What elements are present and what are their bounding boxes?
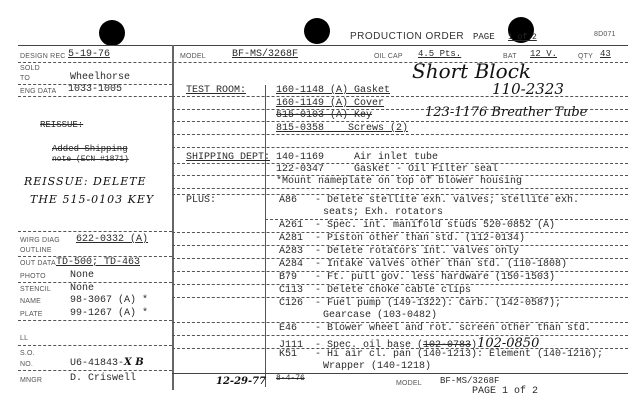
option-code: A284 bbox=[279, 259, 315, 270]
wiring-diag-value: 622-0332 (A) bbox=[76, 234, 148, 245]
footer-model-label: MODEL bbox=[396, 380, 422, 387]
part-number: 140-1169 bbox=[276, 152, 324, 163]
test-room-item: 160-1148 (A) Gasket bbox=[276, 85, 390, 96]
layout-data-label: OUT DATA bbox=[20, 260, 56, 267]
plus-item: A261- Spec. int. manifold studs 520-0852… bbox=[279, 220, 555, 231]
punch-hole bbox=[304, 18, 330, 44]
divider bbox=[18, 231, 172, 232]
photo-label: PHOTO bbox=[20, 273, 46, 280]
plus-item-continued: Gearcase (103-0482) bbox=[323, 310, 437, 321]
sold-to-label: SOLD bbox=[20, 65, 40, 72]
footer-model-value: BF-MS/3268F bbox=[440, 376, 499, 386]
option-desc: - Spec. int. manifold studs 520-0852 (A) bbox=[315, 220, 555, 231]
option-code: C113 bbox=[279, 285, 315, 296]
model-value: BF-MS/3268F bbox=[232, 49, 298, 60]
option-desc: - Piston other than std. (112-0134) bbox=[315, 233, 525, 244]
footer-page: PAGE 1 of 2 bbox=[472, 386, 538, 397]
test-room-item: 160-1149 (A) Cover bbox=[276, 98, 384, 109]
option-code: A261 bbox=[279, 220, 315, 231]
option-desc: - Delete rotators int. valves only bbox=[315, 246, 519, 257]
design-rec-label: DESIGN REC bbox=[20, 53, 66, 60]
option-desc: - Fuel pump (149-1322): Carb. (142-0587)… bbox=[315, 298, 561, 309]
option-desc: - Ft. pull gov. less hardware (150-1503) bbox=[315, 272, 555, 283]
part-desc: Screws (2) bbox=[348, 123, 408, 134]
so-label: S.O. bbox=[20, 350, 35, 357]
divider bbox=[172, 96, 628, 97]
mngr-label: MNGR bbox=[20, 377, 42, 384]
part-number: 160-1148 bbox=[276, 85, 324, 96]
doc-code: 8D071 bbox=[594, 31, 616, 38]
handwritten-note: THE 515-0103 KEY bbox=[30, 193, 154, 206]
divider bbox=[18, 282, 172, 283]
document-title: PRODUCTION ORDER bbox=[350, 31, 464, 42]
option-desc: - Blower wheel and rot. screen other tha… bbox=[315, 323, 591, 334]
test-room-item: 815-0358 Screws (2) bbox=[276, 123, 408, 134]
oil-cap-value: 4.5 Pts. bbox=[418, 49, 461, 59]
mngr-value: D. Criswell bbox=[70, 373, 136, 384]
sold-to-label: TO bbox=[20, 75, 30, 82]
plus-label: PLUS: bbox=[186, 195, 216, 206]
test-room-item-deleted: 515-0103 (A) Key bbox=[276, 110, 372, 121]
wiring-diag-label: WIRG DIAG bbox=[20, 237, 60, 244]
option-code: A281 bbox=[279, 233, 315, 244]
design-rec-value: 5-19-76 bbox=[68, 49, 110, 60]
struck-note: Added Shipping bbox=[52, 144, 128, 154]
part-number: 515-0103 bbox=[276, 110, 324, 121]
shipping-note: *Mount nameplate on top of blower housin… bbox=[276, 176, 522, 187]
divider bbox=[18, 96, 172, 97]
part-desc: (A) Key bbox=[330, 110, 372, 121]
plus-item: A284- Intake valves other than std. (110… bbox=[279, 259, 567, 270]
punch-hole bbox=[99, 20, 125, 46]
shipping-dept-label: SHIPPING DEPT: bbox=[186, 152, 270, 163]
handwritten-note: REISSUE: DELETE bbox=[24, 175, 147, 188]
divider bbox=[18, 345, 172, 346]
eng-data-value: 1033-1005 bbox=[68, 84, 122, 95]
bat-value: 12 V. bbox=[530, 49, 557, 59]
part-number: 815-0358 bbox=[276, 123, 324, 134]
qty-value: 43 bbox=[600, 49, 611, 59]
divider bbox=[172, 373, 628, 374]
plate-value: 99-1267 (A) * bbox=[70, 308, 148, 319]
layout-data-value: TD-500; TD-463 bbox=[56, 257, 140, 268]
page-value: 1 of 2 bbox=[508, 33, 537, 42]
plus-item: A283- Delete rotators int. valves only bbox=[279, 246, 519, 257]
option-code: E46 bbox=[279, 323, 315, 334]
shipping-item: 140-1169 Air inlet tube bbox=[276, 152, 438, 163]
model-label: MODEL bbox=[180, 53, 206, 60]
handwritten-date: 12-29-77 bbox=[216, 376, 266, 387]
divider bbox=[18, 370, 172, 371]
stencil-label: STENCIL bbox=[20, 286, 51, 293]
part-desc: (A) Gasket bbox=[330, 85, 390, 96]
plus-item: K51- Hi air cl. pan (140-1213): Element … bbox=[279, 349, 603, 360]
part-desc: Air inlet tube bbox=[354, 152, 438, 163]
plus-item: B79- Ft. pull gov. less hardware (150-15… bbox=[279, 272, 555, 283]
page-label: PAGE bbox=[473, 32, 495, 42]
option-code: A283 bbox=[279, 246, 315, 257]
plus-item-continued: seats; Exh. rotators bbox=[323, 207, 443, 218]
plus-item: A281- Piston other than std. (112-0134) bbox=[279, 233, 525, 244]
divider bbox=[172, 134, 628, 135]
divider bbox=[172, 188, 628, 189]
struck-date: 8-4-76 bbox=[276, 374, 305, 383]
part-number: 160-1149 bbox=[276, 98, 324, 109]
name-plate-value: 98-3067 (A) * bbox=[70, 295, 148, 306]
plus-item: A86- Delete stellite exh. valves; stelli… bbox=[279, 195, 579, 206]
ll-label: LL bbox=[20, 335, 28, 342]
option-desc: - Delete stellite exh. valves; stellite … bbox=[315, 195, 579, 206]
option-desc: - Hi air cl. pan (140-1213): Element (14… bbox=[315, 349, 603, 360]
reissue-label: REISSUE: bbox=[40, 120, 83, 130]
divider bbox=[172, 147, 628, 148]
part-desc: (A) Cover bbox=[330, 98, 384, 109]
qty-label: QTY bbox=[578, 53, 593, 60]
stencil-value: None bbox=[70, 283, 94, 294]
column-divider bbox=[265, 85, 266, 387]
oil-cap-label: OIL CAP bbox=[374, 53, 403, 60]
plate-label: PLATE bbox=[20, 311, 43, 318]
plus-item: C126- Fuel pump (149-1322): Carb. (142-0… bbox=[279, 298, 561, 309]
option-code: K51 bbox=[279, 349, 315, 360]
plus-item: C113- Delete choke cable clips bbox=[279, 285, 471, 296]
plus-item-continued: Wrapper (140-1218) bbox=[323, 361, 431, 372]
name-plate-label: NAME bbox=[20, 298, 41, 305]
divider bbox=[18, 320, 172, 321]
option-code: C126 bbox=[279, 298, 315, 309]
divider bbox=[172, 121, 628, 122]
divider bbox=[18, 62, 628, 63]
order-number-revision: X B bbox=[124, 357, 144, 368]
part-number: 122-0347 bbox=[276, 164, 324, 175]
handwritten-addition: 123-1176 Breather Tube bbox=[425, 105, 587, 120]
option-desc: - Intake valves other than std. (110-180… bbox=[315, 259, 567, 270]
divider bbox=[18, 45, 628, 46]
sold-to-value: Wheelhorse bbox=[70, 72, 130, 83]
no-label: NO. bbox=[20, 361, 33, 368]
struck-note: note (ECN #1871) bbox=[52, 155, 129, 164]
option-code: A86 bbox=[279, 195, 315, 206]
shipping-item: 122-0347 Gasket - Oil Filter seal bbox=[276, 164, 498, 175]
test-room-label: TEST ROOM: bbox=[186, 85, 246, 96]
plus-item: E46- Blower wheel and rot. screen other … bbox=[279, 323, 591, 334]
photo-value: None bbox=[70, 270, 94, 281]
outline-label: OUTLINE bbox=[20, 247, 52, 254]
page-label-text: PAGE bbox=[473, 32, 495, 42]
eng-data-label: ENG DATA bbox=[20, 88, 56, 95]
option-desc: - Delete choke cable clips bbox=[315, 285, 471, 296]
option-code: B79 bbox=[279, 272, 315, 283]
order-number-value: U6-41843- bbox=[70, 358, 124, 369]
part-desc: Gasket - Oil Filter seal bbox=[354, 164, 498, 175]
order-number: U6-41843-X B bbox=[70, 357, 144, 369]
